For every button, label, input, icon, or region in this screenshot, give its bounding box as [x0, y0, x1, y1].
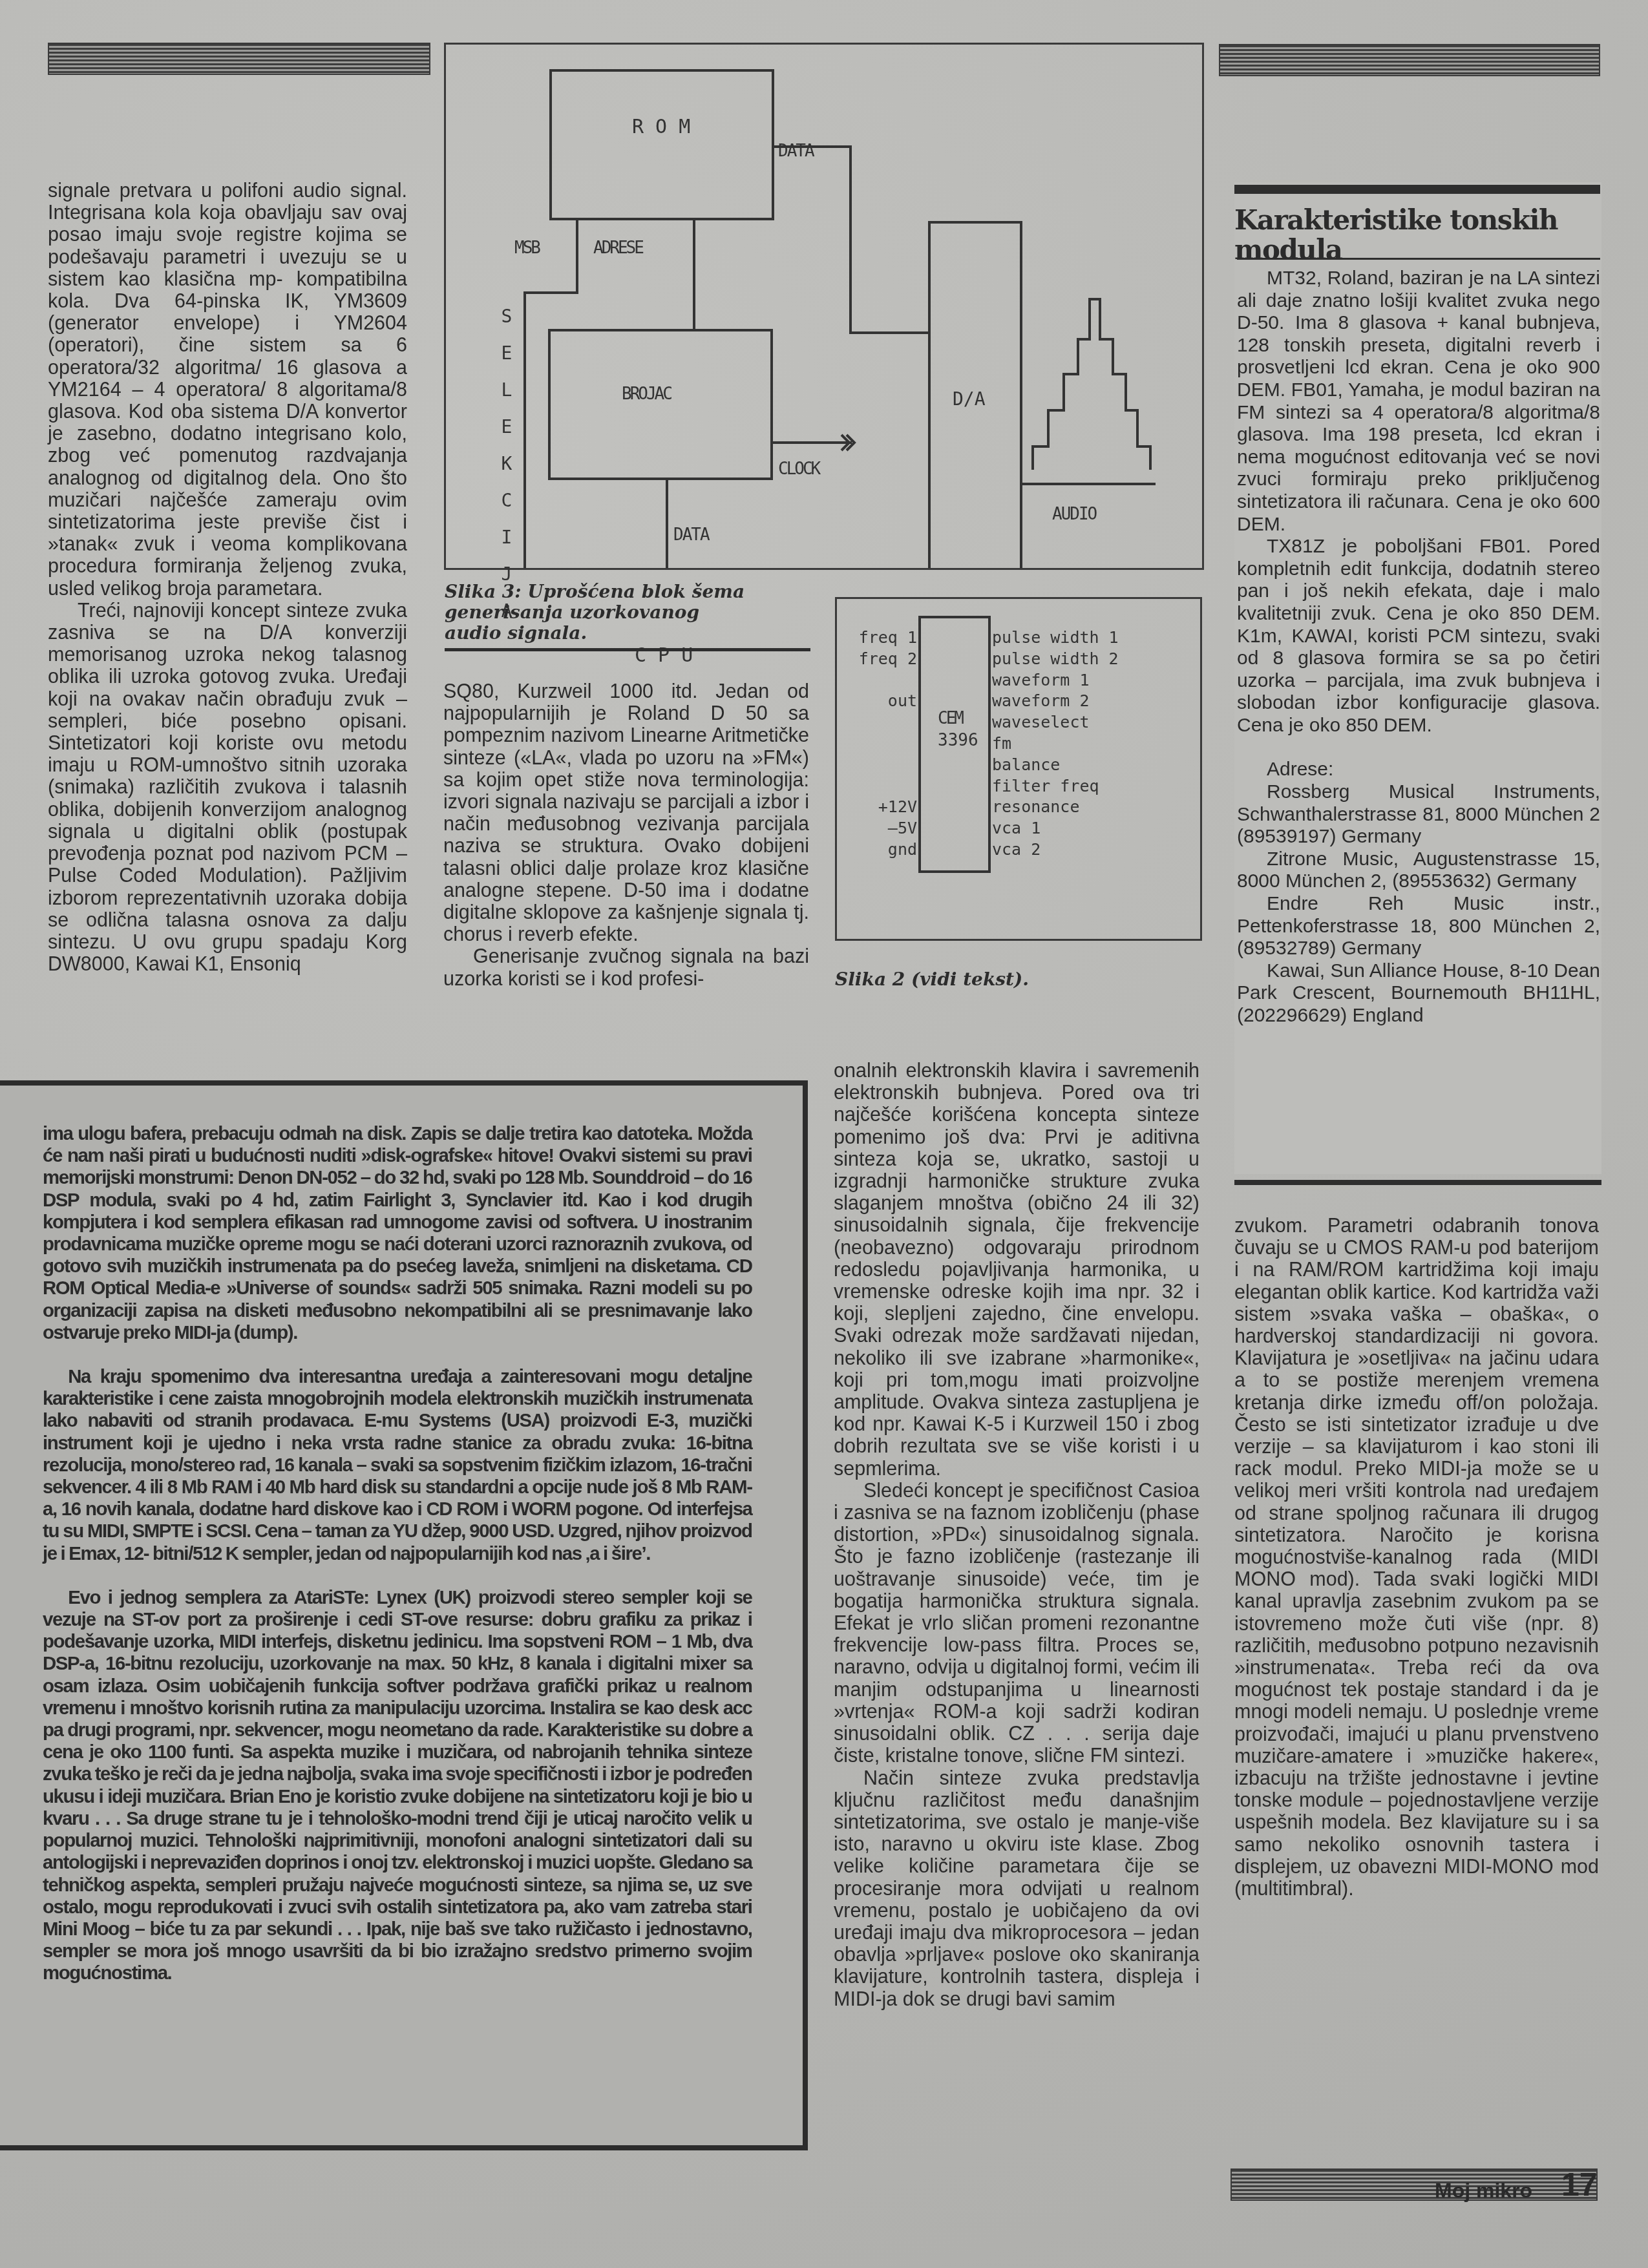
pin-12v: +12V [837, 797, 917, 818]
sidebar-bottom-rule [1234, 1180, 1601, 1185]
selekcija-letter: S [502, 306, 512, 327]
rm-paragraph-2: Sledeći koncept je specifičnost Casioa i… [834, 1480, 1199, 1767]
magazine-name: Moj mikro [1435, 2179, 1532, 2203]
pin-blank [837, 733, 917, 755]
right-paragraph-1: zvukom. Parametri odabranih tonova čuvaj… [1234, 1215, 1599, 1900]
pin-resonance: resonance [992, 797, 1199, 818]
middle-column: SQ80, Kurzweil 1000 itd. Jedan od najpop… [443, 680, 809, 990]
selekcija-letter: I [502, 527, 512, 548]
figure-3-block-diagram [446, 45, 1202, 568]
pin-balance: balance [992, 755, 1199, 776]
selekcija-letter: E [502, 342, 512, 364]
pin-5v: –5V [837, 818, 917, 839]
inset-paragraph-3: Evo i jednog semplera za AtariSTe: Lynex… [43, 1587, 752, 1985]
caption-rule [445, 648, 810, 651]
sidebar-title: Karakteristike tonskih modula [1234, 205, 1596, 265]
da-label: D/A [953, 388, 986, 410]
selekcija-letter: E [502, 416, 512, 437]
chip-name: CEM [938, 709, 962, 728]
sidebar-address-4: Kawai, Sun Alliance House, 8-10 Dean Par… [1237, 960, 1600, 1027]
header-stripe-right [1219, 44, 1600, 76]
sidebar-address-1: Rossberg Musical Instruments, Schwanthal… [1237, 781, 1600, 848]
pin-blank [837, 712, 917, 733]
header-stripe-left [48, 43, 430, 75]
pin-pulse-width-2: pulse width 2 [992, 649, 1199, 670]
msb-label: MSB [514, 238, 539, 258]
left-paragraph-1: signale pretvara u polifoni audio signal… [48, 180, 407, 600]
pin-vca-1: vca 1 [992, 818, 1199, 839]
clock-label: CLOCK [778, 459, 819, 479]
middle-paragraph-1: SQ80, Kurzweil 1000 itd. Jedan od najpop… [443, 680, 809, 945]
figure-2-caption: Slika 2 (vidi tekst). [835, 969, 1158, 990]
selekcija-label: S E L E K C I J A [499, 298, 514, 629]
chip-label: CEM 3396 [938, 708, 978, 751]
sidebar-paragraph-1: MT32, Roland, baziran je na LA sintezi a… [1237, 268, 1600, 536]
sidebar-addresses-label: Adrese: [1237, 759, 1600, 781]
figure-3-caption: Slika 3: Uprošćena blok šema generisanja… [445, 582, 748, 644]
sidebar-paragraph-2: TX81Z je poboljšani FB01. Pored kompletn… [1237, 536, 1600, 737]
chip-number: 3396 [938, 731, 978, 750]
left-pins: freq 1 freq 2 out +12V –5V gnd [837, 627, 917, 861]
inset-paragraph-2: Na kraju spomenimo dva interesantna uređ… [43, 1366, 752, 1565]
audio-label: AUDIO [1052, 505, 1096, 524]
rm-paragraph-1: onalnih elektronskih klavira i savremeni… [834, 1060, 1199, 1480]
pin-waveform-2: waveform 2 [992, 691, 1199, 712]
inset-box: ima ulogu bafera, prebacuju odmah na dis… [0, 1080, 808, 2150]
pin-waveform-1: waveform 1 [992, 670, 1199, 691]
pin-fm: fm [992, 733, 1199, 755]
pin-filter-freq: filter freq [992, 776, 1199, 797]
page-footer: Moj mikro 17 [1435, 2165, 1603, 2210]
right-pins: pulse width 1 pulse width 2 waveform 1 w… [992, 627, 1199, 861]
pin-blank [837, 670, 917, 691]
sidebar-body: MT32, Roland, baziran je na LA sintezi a… [1237, 268, 1600, 1027]
pin-freq2: freq 2 [837, 649, 917, 670]
middle-paragraph-2: Generisanje zvučnog signala na bazi uzor… [443, 945, 809, 989]
pin-vca-2: vca 2 [992, 839, 1199, 861]
sidebar-address-3: Endre Reh Music instr., Pettenkoferstras… [1237, 893, 1600, 960]
right-middle-column: onalnih elektronskih klavira i savremeni… [834, 1060, 1199, 2010]
adrese-label: ADRESE [593, 238, 642, 258]
pin-waveselect: waveselect [992, 712, 1199, 733]
brojac-label: BROJAC [622, 384, 671, 404]
figure-2-frame: CEM 3396 freq 1 freq 2 out +12V –5V gnd … [835, 597, 1202, 941]
figure-3-frame: R O M DATA MSB ADRESE BROJAC CLOCK DATA … [444, 43, 1204, 570]
pin-pulse-width-1: pulse width 1 [992, 627, 1199, 649]
left-column: signale pretvara u polifoni audio signal… [48, 180, 407, 975]
rom-label: R O M [632, 116, 690, 138]
left-paragraph-2: Treći, najnoviji koncept sinteze zvuka z… [48, 600, 407, 975]
pin-blank [837, 776, 917, 797]
pin-gnd: gnd [837, 839, 917, 861]
selekcija-letter: L [502, 379, 512, 401]
pin-freq1: freq 1 [837, 627, 917, 649]
right-column: zvukom. Parametri odabranih tonova čuvaj… [1234, 1215, 1599, 1900]
pin-blank [837, 755, 917, 776]
pin-out: out [837, 691, 917, 712]
selekcija-letter: C [502, 490, 512, 511]
sidebar-title-rule [1237, 258, 1600, 260]
sidebar-top-rule [1234, 185, 1600, 194]
data-top-label: DATA [778, 142, 814, 161]
inset-paragraph-1: ima ulogu bafera, prebacuju odmah na dis… [43, 1123, 752, 1344]
sidebar-address-2: Zitrone Music, Augustenstrasse 15, 8000 … [1237, 848, 1600, 893]
rm-paragraph-3: Način sinteze zvuka predstavlja ključnu … [834, 1767, 1199, 2010]
selekcija-letter: K [502, 453, 512, 474]
page-number: 17 [1561, 2166, 1598, 2203]
inset-text: ima ulogu bafera, prebacuju odmah na dis… [43, 1123, 752, 1985]
data-bottom-label: DATA [673, 525, 709, 545]
